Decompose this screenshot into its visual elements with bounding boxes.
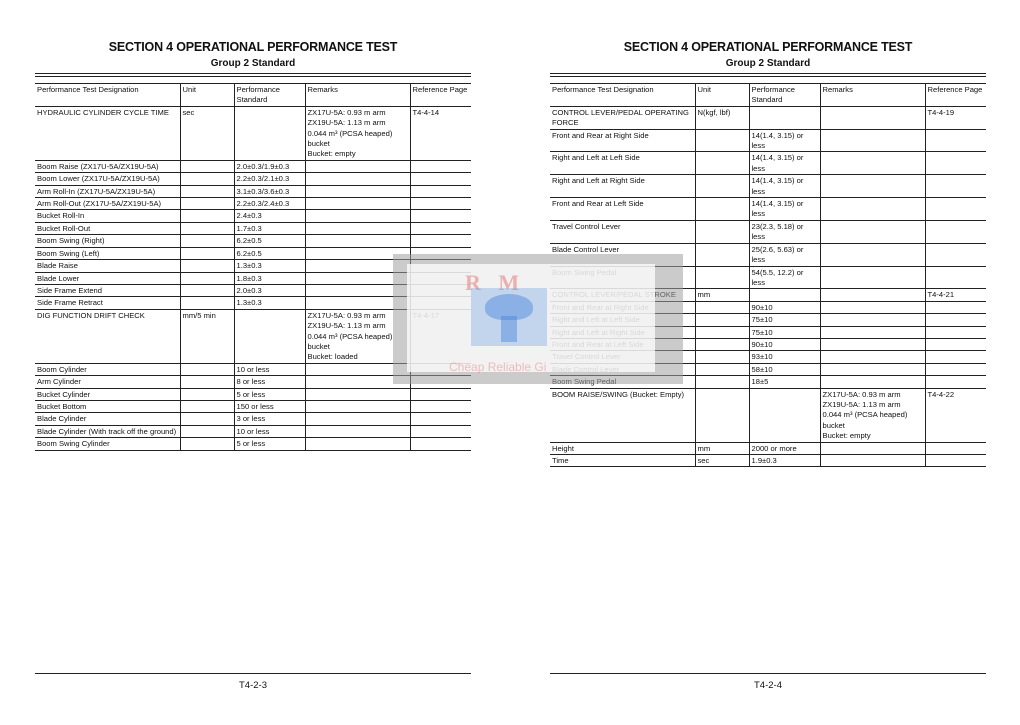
table-row: Right and Left at Left Side14(1.4, 3.15)…	[550, 152, 986, 175]
remarks-cell	[305, 376, 410, 388]
unit-cell	[180, 272, 234, 284]
remarks-cell: ZX17U-5A: 0.93 m arm ZX19U-5A: 1.13 m ar…	[820, 388, 925, 442]
designation-cell: Bucket Roll-Out	[35, 222, 180, 234]
designation-cell: Front and Rear at Left Side	[550, 198, 695, 221]
standard-cell: 14(1.4, 3.15) or less	[749, 198, 820, 221]
unit-cell	[695, 129, 749, 152]
remarks-cell	[820, 455, 925, 467]
remarks-cell	[820, 175, 925, 198]
remarks-cell	[305, 185, 410, 197]
performance-table: Performance Test Designation Unit Perfor…	[35, 83, 471, 451]
designation-cell: BOOM RAISE/SWING (Bucket: Empty)	[550, 388, 695, 442]
table-row: Heightmm2000 or more	[550, 442, 986, 454]
unit-cell	[695, 175, 749, 198]
remarks-cell: ZX17U-5A: 0.93 m arm ZX19U-5A: 1.13 m ar…	[305, 309, 410, 363]
reference-page-cell	[410, 185, 471, 197]
unit-cell	[180, 222, 234, 234]
table-row: Bucket Roll-Out1.7±0.3	[35, 222, 471, 234]
remarks-cell	[820, 220, 925, 243]
designation-cell: Boom Lower (ZX17U-5A/ZX19U-5A)	[35, 173, 180, 185]
standard-cell: 3 or less	[234, 413, 305, 425]
unit-cell	[695, 314, 749, 326]
designation-cell: Travel Control Lever	[550, 351, 695, 363]
designation-cell: Boom Swing Cylinder	[35, 438, 180, 450]
standard-cell: 90±10	[749, 338, 820, 350]
table-row: Front and Rear at Left Side90±10	[550, 338, 986, 350]
reference-page-cell	[410, 438, 471, 450]
table-row: Boom Swing Pedal18±5	[550, 376, 986, 388]
remarks-cell	[820, 314, 925, 326]
standard-cell: 58±10	[749, 363, 820, 375]
table-row: Boom Raise (ZX17U-5A/ZX19U-5A)2.0±0.3/1.…	[35, 160, 471, 172]
reference-page-cell	[410, 297, 471, 309]
reference-page-cell	[925, 220, 986, 243]
standard-cell	[749, 289, 820, 301]
unit-cell	[180, 400, 234, 412]
remarks-cell	[820, 152, 925, 175]
standard-cell: 2.4±0.3	[234, 210, 305, 222]
reference-page-cell	[410, 173, 471, 185]
designation-cell: Right and Left at Left Side	[550, 152, 695, 175]
unit-cell	[180, 185, 234, 197]
wrench-logo-icon	[471, 288, 547, 346]
group-title: Group 2 Standard	[550, 58, 986, 69]
standard-cell: 6.2±0.5	[234, 235, 305, 247]
standard-cell: 93±10	[749, 351, 820, 363]
page-number: T4-2-3	[35, 680, 471, 691]
table-row: Travel Control Lever23(2.3, 5.18) or les…	[550, 220, 986, 243]
table-row: Travel Control Lever93±10	[550, 351, 986, 363]
remarks-cell	[305, 388, 410, 400]
designation-cell: Side Frame Extend	[35, 284, 180, 296]
standard-cell: 75±10	[749, 314, 820, 326]
reference-page-cell	[410, 388, 471, 400]
remarks-cell	[305, 297, 410, 309]
designation-cell: Arm Cylinder	[35, 376, 180, 388]
table-row: Arm Roll-Out (ZX17U-5A/ZX19U-5A)2.2±0.3/…	[35, 198, 471, 210]
unit-cell	[695, 243, 749, 266]
table-row: Boom Swing Pedal54(5.5, 12.2) or less	[550, 266, 986, 289]
footer-rule	[35, 673, 471, 674]
standard-cell	[749, 388, 820, 442]
table-row: HYDRAULIC CYLINDER CYCLE TIMEsecZX17U-5A…	[35, 106, 471, 160]
reference-page-cell	[410, 260, 471, 272]
unit-cell	[180, 173, 234, 185]
remarks-cell	[305, 173, 410, 185]
footer-rule	[550, 673, 986, 674]
column-header: Performance Standard	[234, 84, 305, 107]
reference-page-cell	[925, 152, 986, 175]
unit-cell	[180, 388, 234, 400]
column-header: Performance Test Designation	[35, 84, 180, 107]
unit-cell	[695, 326, 749, 338]
designation-cell: Bucket Roll-In	[35, 210, 180, 222]
unit-cell: mm/5 min	[180, 309, 234, 363]
reference-page-cell	[410, 247, 471, 259]
remarks-cell	[305, 222, 410, 234]
reference-page-cell	[925, 326, 986, 338]
table-row: CONTROL LEVER/PEDAL STROKEmmT4-4-21	[550, 289, 986, 301]
reference-page-cell	[410, 284, 471, 296]
table-row: Front and Rear at Right Side90±10	[550, 301, 986, 313]
remarks-cell	[305, 260, 410, 272]
unit-cell	[695, 266, 749, 289]
standard-cell: 14(1.4, 3.15) or less	[749, 175, 820, 198]
designation-cell: Right and Left at Right Side	[550, 326, 695, 338]
designation-cell: CONTROL LEVER/PEDAL STROKE	[550, 289, 695, 301]
designation-cell: Boom Swing Pedal	[550, 266, 695, 289]
standard-cell: 54(5.5, 12.2) or less	[749, 266, 820, 289]
performance-table: Performance Test Designation Unit Perfor…	[550, 83, 986, 467]
table-row: Arm Cylinder8 or less	[35, 376, 471, 388]
unit-cell	[695, 198, 749, 221]
designation-cell: HYDRAULIC CYLINDER CYCLE TIME	[35, 106, 180, 160]
standard-cell	[234, 309, 305, 363]
reference-page-cell	[925, 243, 986, 266]
designation-cell: Boom Swing (Left)	[35, 247, 180, 259]
unit-cell	[695, 220, 749, 243]
table-row: Blade Lower1.8±0.3	[35, 272, 471, 284]
reference-page-cell	[925, 338, 986, 350]
table-row: Boom Cylinder10 or less	[35, 363, 471, 375]
standard-cell: 150 or less	[234, 400, 305, 412]
reference-page-cell: T4-4-14	[410, 106, 471, 160]
designation-cell: Boom Raise (ZX17U-5A/ZX19U-5A)	[35, 160, 180, 172]
table-row: BOOM RAISE/SWING (Bucket: Empty)ZX17U-5A…	[550, 388, 986, 442]
reference-page-cell: T4-4-19	[925, 106, 986, 129]
unit-cell	[695, 351, 749, 363]
unit-cell	[180, 363, 234, 375]
unit-cell	[180, 297, 234, 309]
unit-cell	[180, 425, 234, 437]
designation-cell: Arm Roll-In (ZX17U-5A/ZX19U-5A)	[35, 185, 180, 197]
remarks-cell	[305, 198, 410, 210]
standard-cell: 75±10	[749, 326, 820, 338]
table-row: Boom Swing (Left)6.2±0.5	[35, 247, 471, 259]
section-title: SECTION 4 OPERATIONAL PERFORMANCE TEST	[550, 40, 986, 54]
designation-cell: DIG FUNCTION DRIFT CHECK	[35, 309, 180, 363]
unit-cell: mm	[695, 289, 749, 301]
reference-page-cell	[925, 198, 986, 221]
designation-cell: Blade Raise	[35, 260, 180, 272]
designation-cell: Right and Left at Right Side	[550, 175, 695, 198]
unit-cell	[695, 301, 749, 313]
reference-page-cell	[410, 222, 471, 234]
reference-page-cell: T4-4-21	[925, 289, 986, 301]
remarks-cell	[305, 400, 410, 412]
left-page: SECTION 4 OPERATIONAL PERFORMANCE TEST G…	[35, 0, 471, 725]
unit-cell	[180, 210, 234, 222]
designation-cell: Blade Control Lever	[550, 363, 695, 375]
reference-page-cell	[925, 442, 986, 454]
standard-cell: 2.2±0.3/2.4±0.3	[234, 198, 305, 210]
designation-cell: Height	[550, 442, 695, 454]
remarks-cell	[305, 363, 410, 375]
standard-cell: 14(1.4, 3.15) or less	[749, 129, 820, 152]
table-row: Boom Swing (Right)6.2±0.5	[35, 235, 471, 247]
table-row: Blade Control Lever58±10	[550, 363, 986, 375]
remarks-cell	[820, 376, 925, 388]
unit-cell	[180, 247, 234, 259]
table-row: Right and Left at Right Side75±10	[550, 326, 986, 338]
column-header: Performance Standard	[749, 84, 820, 107]
remarks-cell	[305, 160, 410, 172]
designation-cell: Travel Control Lever	[550, 220, 695, 243]
reference-page-cell	[410, 235, 471, 247]
header-rule	[550, 73, 986, 77]
table-row: Side Frame Retract1.3±0.3	[35, 297, 471, 309]
group-title: Group 2 Standard	[35, 58, 471, 69]
unit-cell: mm	[695, 442, 749, 454]
designation-cell: Blade Lower	[35, 272, 180, 284]
remarks-cell	[820, 243, 925, 266]
unit-cell	[180, 260, 234, 272]
reference-page-cell	[410, 376, 471, 388]
standard-cell: 5 or less	[234, 388, 305, 400]
reference-page-cell: T4-4-22	[925, 388, 986, 442]
reference-page-cell	[410, 210, 471, 222]
standard-cell: 1.3±0.3	[234, 297, 305, 309]
table-row: Front and Rear at Right Side14(1.4, 3.15…	[550, 129, 986, 152]
standard-cell: 10 or less	[234, 363, 305, 375]
reference-page-cell	[410, 198, 471, 210]
column-header: Remarks	[305, 84, 410, 107]
designation-cell: Blade Control Lever	[550, 243, 695, 266]
remarks-cell	[305, 235, 410, 247]
remarks-cell: ZX17U-5A: 0.93 m arm ZX19U-5A: 1.13 m ar…	[305, 106, 410, 160]
table-row: Front and Rear at Left Side14(1.4, 3.15)…	[550, 198, 986, 221]
table-row: Bucket Roll-In2.4±0.3	[35, 210, 471, 222]
standard-cell: 1.9±0.3	[749, 455, 820, 467]
right-page: SECTION 4 OPERATIONAL PERFORMANCE TEST G…	[550, 0, 986, 725]
table-row: Boom Lower (ZX17U-5A/ZX19U-5A)2.2±0.3/2.…	[35, 173, 471, 185]
reference-page-cell	[925, 363, 986, 375]
remarks-cell	[305, 425, 410, 437]
standard-cell: 2.2±0.3/2.1±0.3	[234, 173, 305, 185]
unit-cell	[695, 376, 749, 388]
standard-cell	[234, 106, 305, 160]
table-row: Blade Cylinder (With track off the groun…	[35, 425, 471, 437]
standard-cell: 3.1±0.3/3.6±0.3	[234, 185, 305, 197]
unit-cell	[695, 363, 749, 375]
designation-cell: Front and Rear at Left Side	[550, 338, 695, 350]
table-row: Timesec1.9±0.3	[550, 455, 986, 467]
remarks-cell	[820, 363, 925, 375]
unit-cell	[180, 160, 234, 172]
reference-page-cell	[925, 376, 986, 388]
reference-page-cell	[925, 175, 986, 198]
standard-cell: 18±5	[749, 376, 820, 388]
remarks-cell	[820, 289, 925, 301]
unit-cell	[180, 284, 234, 296]
table-row: Side Frame Extend2.0±0.3	[35, 284, 471, 296]
unit-cell	[695, 152, 749, 175]
standard-cell: 10 or less	[234, 425, 305, 437]
reference-page-cell	[410, 160, 471, 172]
unit-cell	[180, 413, 234, 425]
designation-cell: Arm Roll-Out (ZX17U-5A/ZX19U-5A)	[35, 198, 180, 210]
reference-page-cell	[410, 413, 471, 425]
reference-page-cell	[410, 425, 471, 437]
table-row: Blade Cylinder3 or less	[35, 413, 471, 425]
header-rule	[35, 73, 471, 77]
designation-cell: Boom Cylinder	[35, 363, 180, 375]
section-title: SECTION 4 OPERATIONAL PERFORMANCE TEST	[35, 40, 471, 54]
remarks-cell	[305, 413, 410, 425]
remarks-cell	[820, 301, 925, 313]
designation-cell: Blade Cylinder	[35, 413, 180, 425]
column-header: Remarks	[820, 84, 925, 107]
column-header: Reference Page	[410, 84, 471, 107]
unit-cell: sec	[180, 106, 234, 160]
standard-cell: 25(2.6, 5.63) or less	[749, 243, 820, 266]
reference-page-cell	[925, 455, 986, 467]
reference-page-cell	[925, 351, 986, 363]
standard-cell: 6.2±0.5	[234, 247, 305, 259]
watermark-letters: R M	[465, 270, 525, 296]
standard-cell: 1.3±0.3	[234, 260, 305, 272]
standard-cell: 2000 or more	[749, 442, 820, 454]
table-row: Bucket Cylinder5 or less	[35, 388, 471, 400]
designation-cell: CONTROL LEVER/PEDAL OPERATING FORCE	[550, 106, 695, 129]
table-header-row: Performance Test Designation Unit Perfor…	[35, 84, 471, 107]
reference-page-cell	[410, 400, 471, 412]
remarks-cell	[305, 284, 410, 296]
column-header: Performance Test Designation	[550, 84, 695, 107]
remarks-cell	[820, 351, 925, 363]
reference-page-cell	[410, 272, 471, 284]
column-header: Unit	[180, 84, 234, 107]
remarks-cell	[820, 338, 925, 350]
unit-cell	[180, 376, 234, 388]
standard-cell: 23(2.3, 5.18) or less	[749, 220, 820, 243]
reference-page-cell	[925, 266, 986, 289]
remarks-cell	[820, 129, 925, 152]
reference-page-cell	[925, 301, 986, 313]
page-number: T4-2-4	[550, 680, 986, 691]
remarks-cell	[305, 210, 410, 222]
designation-cell: Bucket Cylinder	[35, 388, 180, 400]
unit-cell	[695, 338, 749, 350]
column-header: Reference Page	[925, 84, 986, 107]
standard-cell	[749, 106, 820, 129]
table-row: CONTROL LEVER/PEDAL OPERATING FORCEN(kgf…	[550, 106, 986, 129]
standard-cell: 2.0±0.3	[234, 284, 305, 296]
standard-cell: 90±10	[749, 301, 820, 313]
remarks-cell	[820, 106, 925, 129]
table-row: Blade Control Lever25(2.6, 5.63) or less	[550, 243, 986, 266]
reference-page-cell	[925, 314, 986, 326]
designation-cell: Front and Rear at Right Side	[550, 129, 695, 152]
reference-page-cell: T4-4-17	[410, 309, 471, 363]
remarks-cell	[305, 438, 410, 450]
table-row: Right and Left at Left Side75±10	[550, 314, 986, 326]
table-header-row: Performance Test Designation Unit Perfor…	[550, 84, 986, 107]
standard-cell: 2.0±0.3/1.9±0.3	[234, 160, 305, 172]
standard-cell: 8 or less	[234, 376, 305, 388]
remarks-cell	[820, 266, 925, 289]
remarks-cell	[820, 326, 925, 338]
remarks-cell	[305, 247, 410, 259]
standard-cell: 5 or less	[234, 438, 305, 450]
unit-cell	[180, 198, 234, 210]
table-row: Right and Left at Right Side14(1.4, 3.15…	[550, 175, 986, 198]
designation-cell: Bucket Bottom	[35, 400, 180, 412]
unit-cell: N(kgf, lbf)	[695, 106, 749, 129]
remarks-cell	[820, 198, 925, 221]
remarks-cell	[305, 272, 410, 284]
table-row: Arm Roll-In (ZX17U-5A/ZX19U-5A)3.1±0.3/3…	[35, 185, 471, 197]
table-row: Boom Swing Cylinder5 or less	[35, 438, 471, 450]
designation-cell: Front and Rear at Right Side	[550, 301, 695, 313]
unit-cell: sec	[695, 455, 749, 467]
table-row: Bucket Bottom150 or less	[35, 400, 471, 412]
table-row: Blade Raise1.3±0.3	[35, 260, 471, 272]
standard-cell: 1.8±0.3	[234, 272, 305, 284]
remarks-cell	[820, 442, 925, 454]
unit-cell	[180, 438, 234, 450]
standard-cell: 1.7±0.3	[234, 222, 305, 234]
unit-cell	[180, 235, 234, 247]
reference-page-cell	[410, 363, 471, 375]
designation-cell: Right and Left at Left Side	[550, 314, 695, 326]
table-row: DIG FUNCTION DRIFT CHECKmm/5 minZX17U-5A…	[35, 309, 471, 363]
column-header: Unit	[695, 84, 749, 107]
designation-cell: Blade Cylinder (With track off the groun…	[35, 425, 180, 437]
standard-cell: 14(1.4, 3.15) or less	[749, 152, 820, 175]
designation-cell: Side Frame Retract	[35, 297, 180, 309]
designation-cell: Boom Swing Pedal	[550, 376, 695, 388]
designation-cell: Boom Swing (Right)	[35, 235, 180, 247]
designation-cell: Time	[550, 455, 695, 467]
reference-page-cell	[925, 129, 986, 152]
unit-cell	[695, 388, 749, 442]
